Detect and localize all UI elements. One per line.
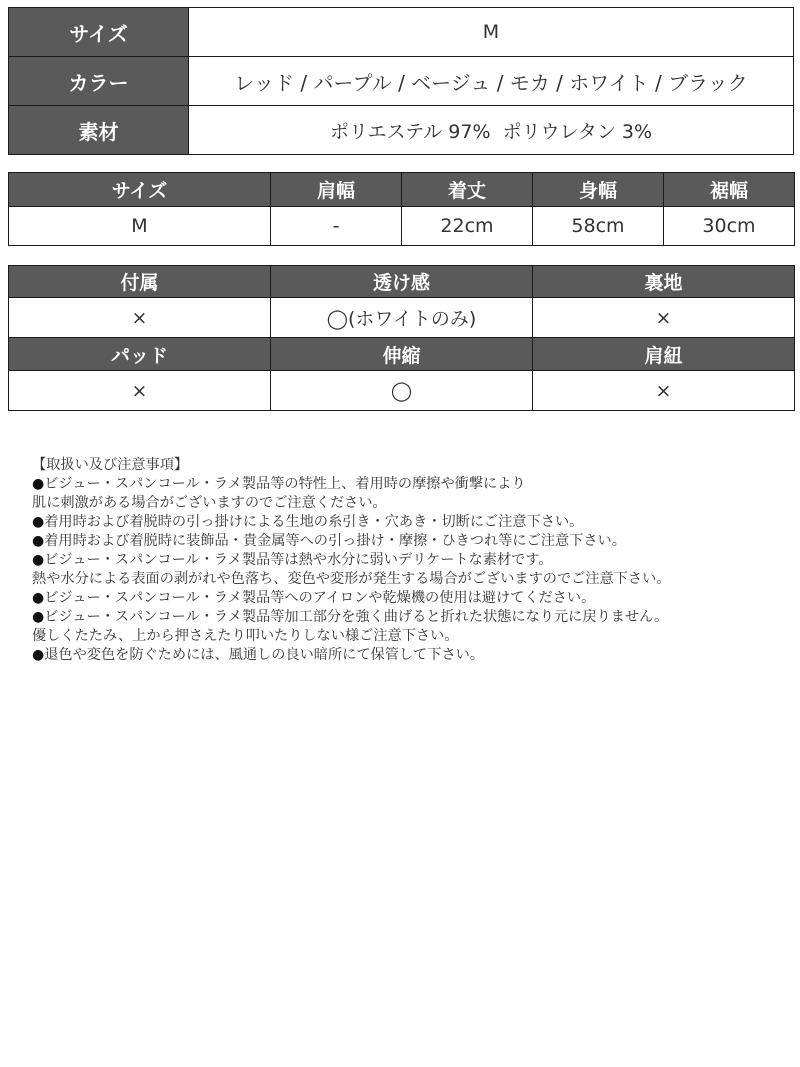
spec-row-material: 素材 ポリエステル 97% ポリウレタン 3%	[9, 106, 794, 155]
bullet-icon: ●	[32, 514, 44, 530]
size-value-bust: 58cm	[533, 207, 664, 246]
care-notes: 【取扱い及び注意事項】 ●ビジュー・スパンコール・ラメ製品等の特性上、着用時の摩…	[32, 456, 792, 665]
spec-label-size: サイズ	[9, 8, 189, 57]
size-header-hem: 裾幅	[664, 173, 795, 207]
size-header-bust: 身幅	[533, 173, 664, 207]
size-table: サイズ 肩幅 着丈 身幅 裾幅 M - 22cm 58cm 30cm	[8, 172, 795, 246]
size-header-length: 着丈	[402, 173, 533, 207]
spec-value-material: ポリエステル 97% ポリウレタン 3%	[189, 106, 794, 155]
table-row: M - 22cm 58cm 30cm	[9, 207, 795, 246]
detail-header-accessory: 付属	[9, 266, 271, 298]
size-header-size: サイズ	[9, 173, 271, 207]
detail-value-strap: ×	[533, 371, 795, 411]
list-item: ●着用時および着脱時に装飾品・貴金属等への引っ掛け・摩擦・ひきつれ等にご注意下さ…	[32, 532, 792, 551]
detail-header-row-1: 付属 透け感 裏地	[9, 266, 795, 298]
size-header-shoulder: 肩幅	[271, 173, 402, 207]
size-value-shoulder: -	[271, 207, 402, 246]
note-text: 着用時および着脱時に装飾品・貴金属等への引っ掛け・摩擦・ひきつれ等にご注意下さい…	[44, 533, 626, 549]
care-notes-list: ●ビジュー・スパンコール・ラメ製品等の特性上、着用時の摩擦や衝撃により肌に刺激が…	[32, 475, 792, 665]
spec-value-size: M	[189, 8, 794, 57]
list-item: 肌に刺激がある場合がございますのでご注意ください。	[32, 494, 792, 513]
bullet-icon: ●	[32, 533, 44, 549]
list-item: ●着用時および着脱時の引っ掛けによる生地の糸引き・穴あき・切断にご注意下さい。	[32, 513, 792, 532]
bullet-icon: ●	[32, 609, 44, 625]
detail-value-sheerness: ◯(ホワイトのみ)	[271, 298, 533, 338]
care-notes-title: 【取扱い及び注意事項】	[32, 456, 792, 475]
detail-header-strap: 肩紐	[533, 338, 795, 371]
list-item: ●ビジュー・スパンコール・ラメ製品等の特性上、着用時の摩擦や衝撃により	[32, 475, 792, 494]
detail-value-accessory: ×	[9, 298, 271, 338]
list-item: ●ビジュー・スパンコール・ラメ製品等加工部分を強く曲げると折れた状態になり元に戻…	[32, 608, 792, 627]
list-item: ●ビジュー・スパンコール・ラメ製品等は熱や水分に弱いデリケートな素材です。	[32, 551, 792, 570]
note-text: 優しくたたみ、上から押さえたり叩いたりしない様ご注意下さい。	[32, 628, 458, 644]
note-text: 退色や変色を防ぐためには、風通しの良い暗所にて保管して下さい。	[44, 647, 484, 663]
size-value-length: 22cm	[402, 207, 533, 246]
note-text: 着用時および着脱時の引っ掛けによる生地の糸引き・穴あき・切断にご注意下さい。	[44, 514, 583, 530]
size-table-header-row: サイズ 肩幅 着丈 身幅 裾幅	[9, 173, 795, 207]
table-row: × ◯ ×	[9, 371, 795, 411]
detail-header-row-2: パッド 伸縮 肩紐	[9, 338, 795, 371]
list-item: ●ビジュー・スパンコール・ラメ製品等へのアイロンや乾燥機の使用は避けてください。	[32, 589, 792, 608]
note-text: ビジュー・スパンコール・ラメ製品等加工部分を強く曲げると折れた状態になり元に戻り…	[44, 609, 668, 625]
detail-value-stretch: ◯	[271, 371, 533, 411]
bullet-icon: ●	[32, 647, 44, 663]
list-item: 優しくたたみ、上から押さえたり叩いたりしない様ご注意下さい。	[32, 627, 792, 646]
spec-label-color: カラー	[9, 57, 189, 106]
detail-table: 付属 透け感 裏地 × ◯(ホワイトのみ) × パッド 伸縮 肩紐 × ◯ ×	[8, 265, 795, 411]
detail-header-stretch: 伸縮	[271, 338, 533, 371]
size-value-hem: 30cm	[664, 207, 795, 246]
bullet-icon: ●	[32, 552, 44, 568]
spec-value-color: レッド / パープル / ベージュ / モカ / ホワイト / ブラック	[189, 57, 794, 106]
note-text: 肌に刺激がある場合がございますのでご注意ください。	[32, 495, 387, 511]
note-text: ビジュー・スパンコール・ラメ製品等は熱や水分に弱いデリケートな素材です。	[44, 552, 552, 568]
note-text: 熱や水分による表面の剥がれや色落ち、変色や変形が発生する場合がございますのでご注…	[32, 571, 670, 587]
detail-header-pad: パッド	[9, 338, 271, 371]
note-text: ビジュー・スパンコール・ラメ製品等へのアイロンや乾燥機の使用は避けてください。	[44, 590, 595, 606]
size-value-size: M	[9, 207, 271, 246]
list-item: 熱や水分による表面の剥がれや色落ち、変色や変形が発生する場合がございますのでご注…	[32, 570, 792, 589]
detail-header-sheerness: 透け感	[271, 266, 533, 298]
spec-row-color: カラー レッド / パープル / ベージュ / モカ / ホワイト / ブラック	[9, 57, 794, 106]
detail-value-lining: ×	[533, 298, 795, 338]
spec-table: サイズ M カラー レッド / パープル / ベージュ / モカ / ホワイト …	[8, 7, 794, 155]
detail-value-pad: ×	[9, 371, 271, 411]
list-item: ●退色や変色を防ぐためには、風通しの良い暗所にて保管して下さい。	[32, 646, 792, 665]
table-row: × ◯(ホワイトのみ) ×	[9, 298, 795, 338]
spec-label-material: 素材	[9, 106, 189, 155]
detail-header-lining: 裏地	[533, 266, 795, 298]
bullet-icon: ●	[32, 590, 44, 606]
bullet-icon: ●	[32, 476, 44, 492]
note-text: ビジュー・スパンコール・ラメ製品等の特性上、着用時の摩擦や衝撃により	[44, 476, 525, 492]
spec-row-size: サイズ M	[9, 8, 794, 57]
